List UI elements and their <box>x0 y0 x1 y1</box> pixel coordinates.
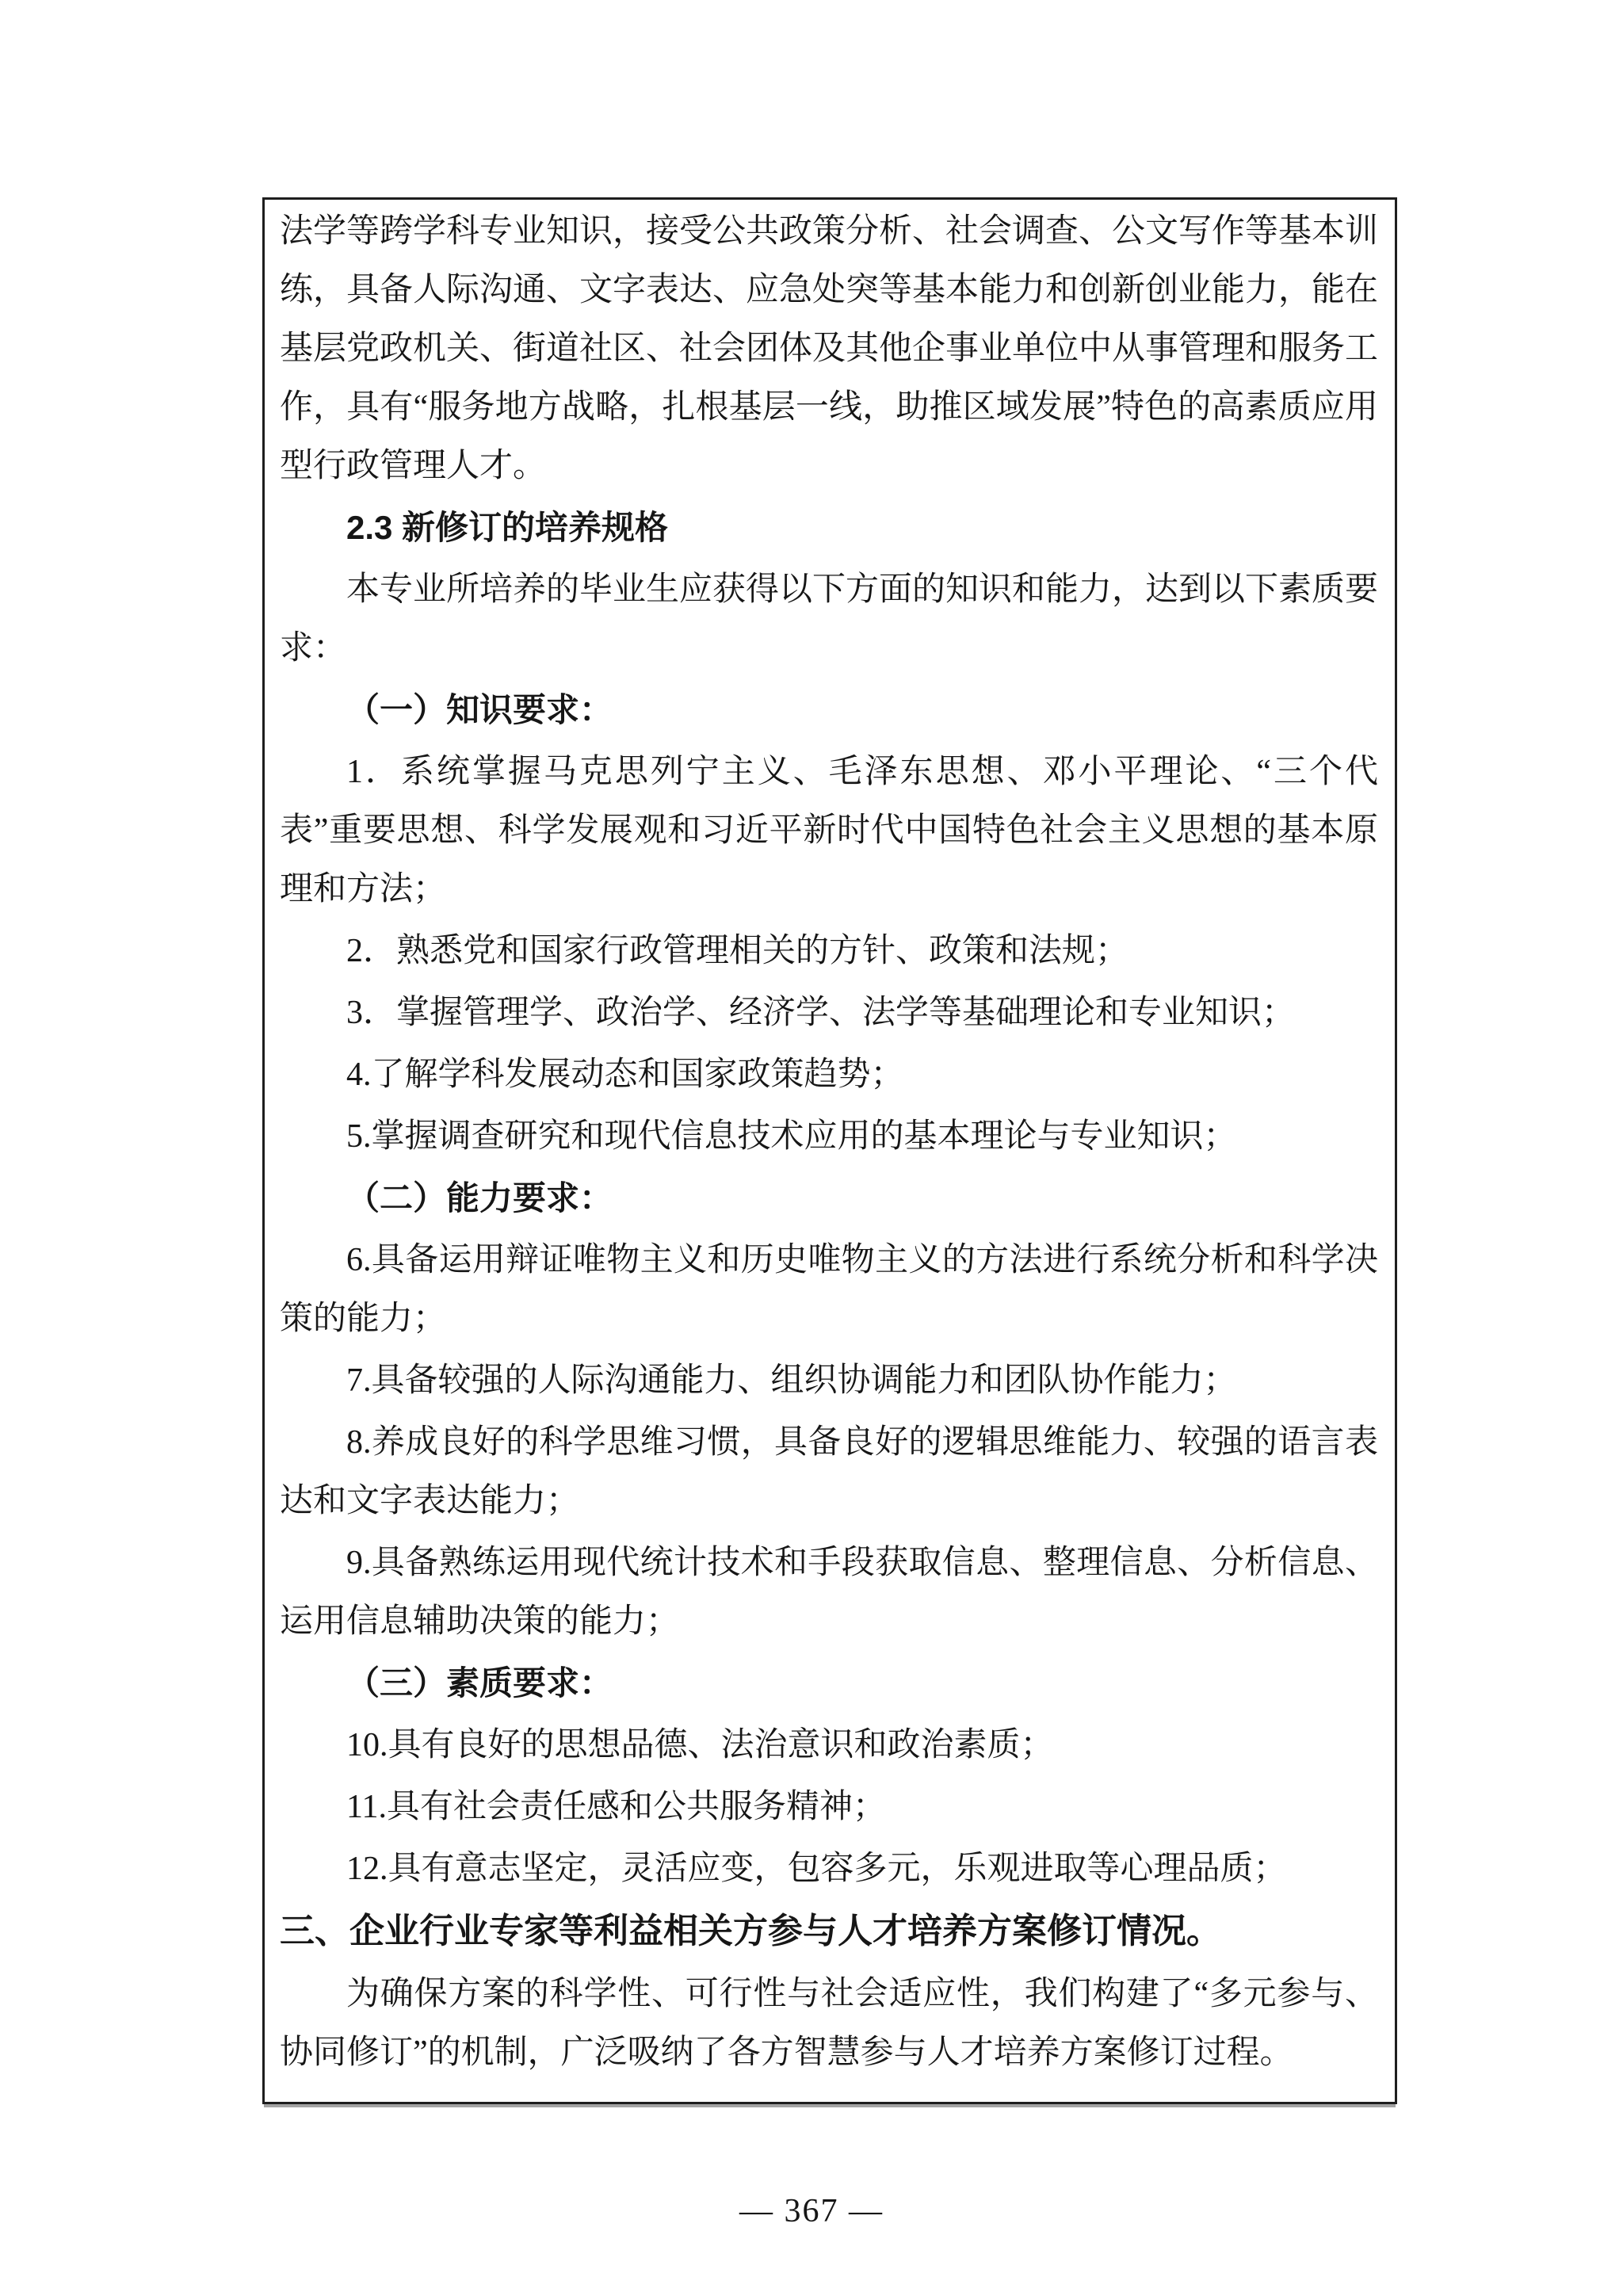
list-item-6: 6.具备运用辩证唯物主义和历史唯物主义的方法进行系统分析和科学决策的能力； <box>280 1231 1378 1348</box>
paragraph-overflow-from-previous-page: 法学等跨学科专业知识，接受公共政策分析、社会调查、公文写作等基本训练，具备人际沟… <box>280 202 1378 495</box>
document-body: 法学等跨学科专业知识，接受公共政策分析、社会调查、公文写作等基本训练，具备人际沟… <box>280 202 1378 2085</box>
list-item-11: 11.具有社会责任感和公共服务精神； <box>280 1778 1378 1836</box>
document-page: { "doc": { "paragraphs": [ { "role": "bo… <box>0 0 1623 2296</box>
heading-training-specifications: 2.3 新修订的培养规格 <box>280 499 1378 557</box>
list-item-1: 1．系统掌握马克思列宁主义、毛泽东思想、邓小平理论、“三个代表”重要思想、科学发… <box>280 743 1378 919</box>
list-item-8: 8.养成良好的科学思维习惯，具备良好的逻辑思维能力、较强的语言表达和文字表达能力… <box>280 1413 1378 1530</box>
heading-section-three-stakeholder-participation: 三、企业行业专家等利益相关方参与人才培养方案修订情况。 <box>280 1901 1378 1962</box>
list-item-9: 9.具备熟练运用现代统计技术和手段获取信息、整理信息、分析信息、运用信息辅助决策… <box>280 1534 1378 1651</box>
heading-knowledge-requirements: （一）知识要求： <box>280 681 1378 739</box>
heading-quality-requirements: （三）素质要求： <box>280 1654 1378 1713</box>
heading-ability-requirements: （二）能力要求： <box>280 1169 1378 1228</box>
list-item-12: 12.具有意志坚定，灵活应变，包容多元，乐观进取等心理品质； <box>280 1839 1378 1898</box>
paragraph-intro: 本专业所培养的毕业生应获得以下方面的知识和能力，达到以下素质要求： <box>280 560 1378 678</box>
list-item-10: 10.具有良好的思想品德、法治意识和政治素质； <box>280 1716 1378 1775</box>
bordered-content-panel: 法学等跨学科专业知识，接受公共政策分析、社会调查、公文写作等基本训练，具备人际沟… <box>262 197 1397 2104</box>
list-item-7: 7.具备较强的人际沟通能力、组织协调能力和团队协作能力； <box>280 1351 1378 1410</box>
paragraph-mechanism: 为确保方案的科学性、可行性与社会适应性，我们构建了“多元参与、协同修订”的机制，… <box>280 1965 1378 2082</box>
list-item-4: 4.了解学科发展动态和国家政策趋势； <box>280 1045 1378 1104</box>
list-item-2: 2．熟悉党和国家行政管理相关的方针、政策和法规； <box>280 922 1378 980</box>
page-number: — 367 — <box>0 2192 1623 2230</box>
list-item-3: 3．掌握管理学、政治学、经济学、法学等基础理论和专业知识； <box>280 984 1378 1042</box>
list-item-5: 5.掌握调查研究和现代信息技术应用的基本理论与专业知识； <box>280 1107 1378 1166</box>
